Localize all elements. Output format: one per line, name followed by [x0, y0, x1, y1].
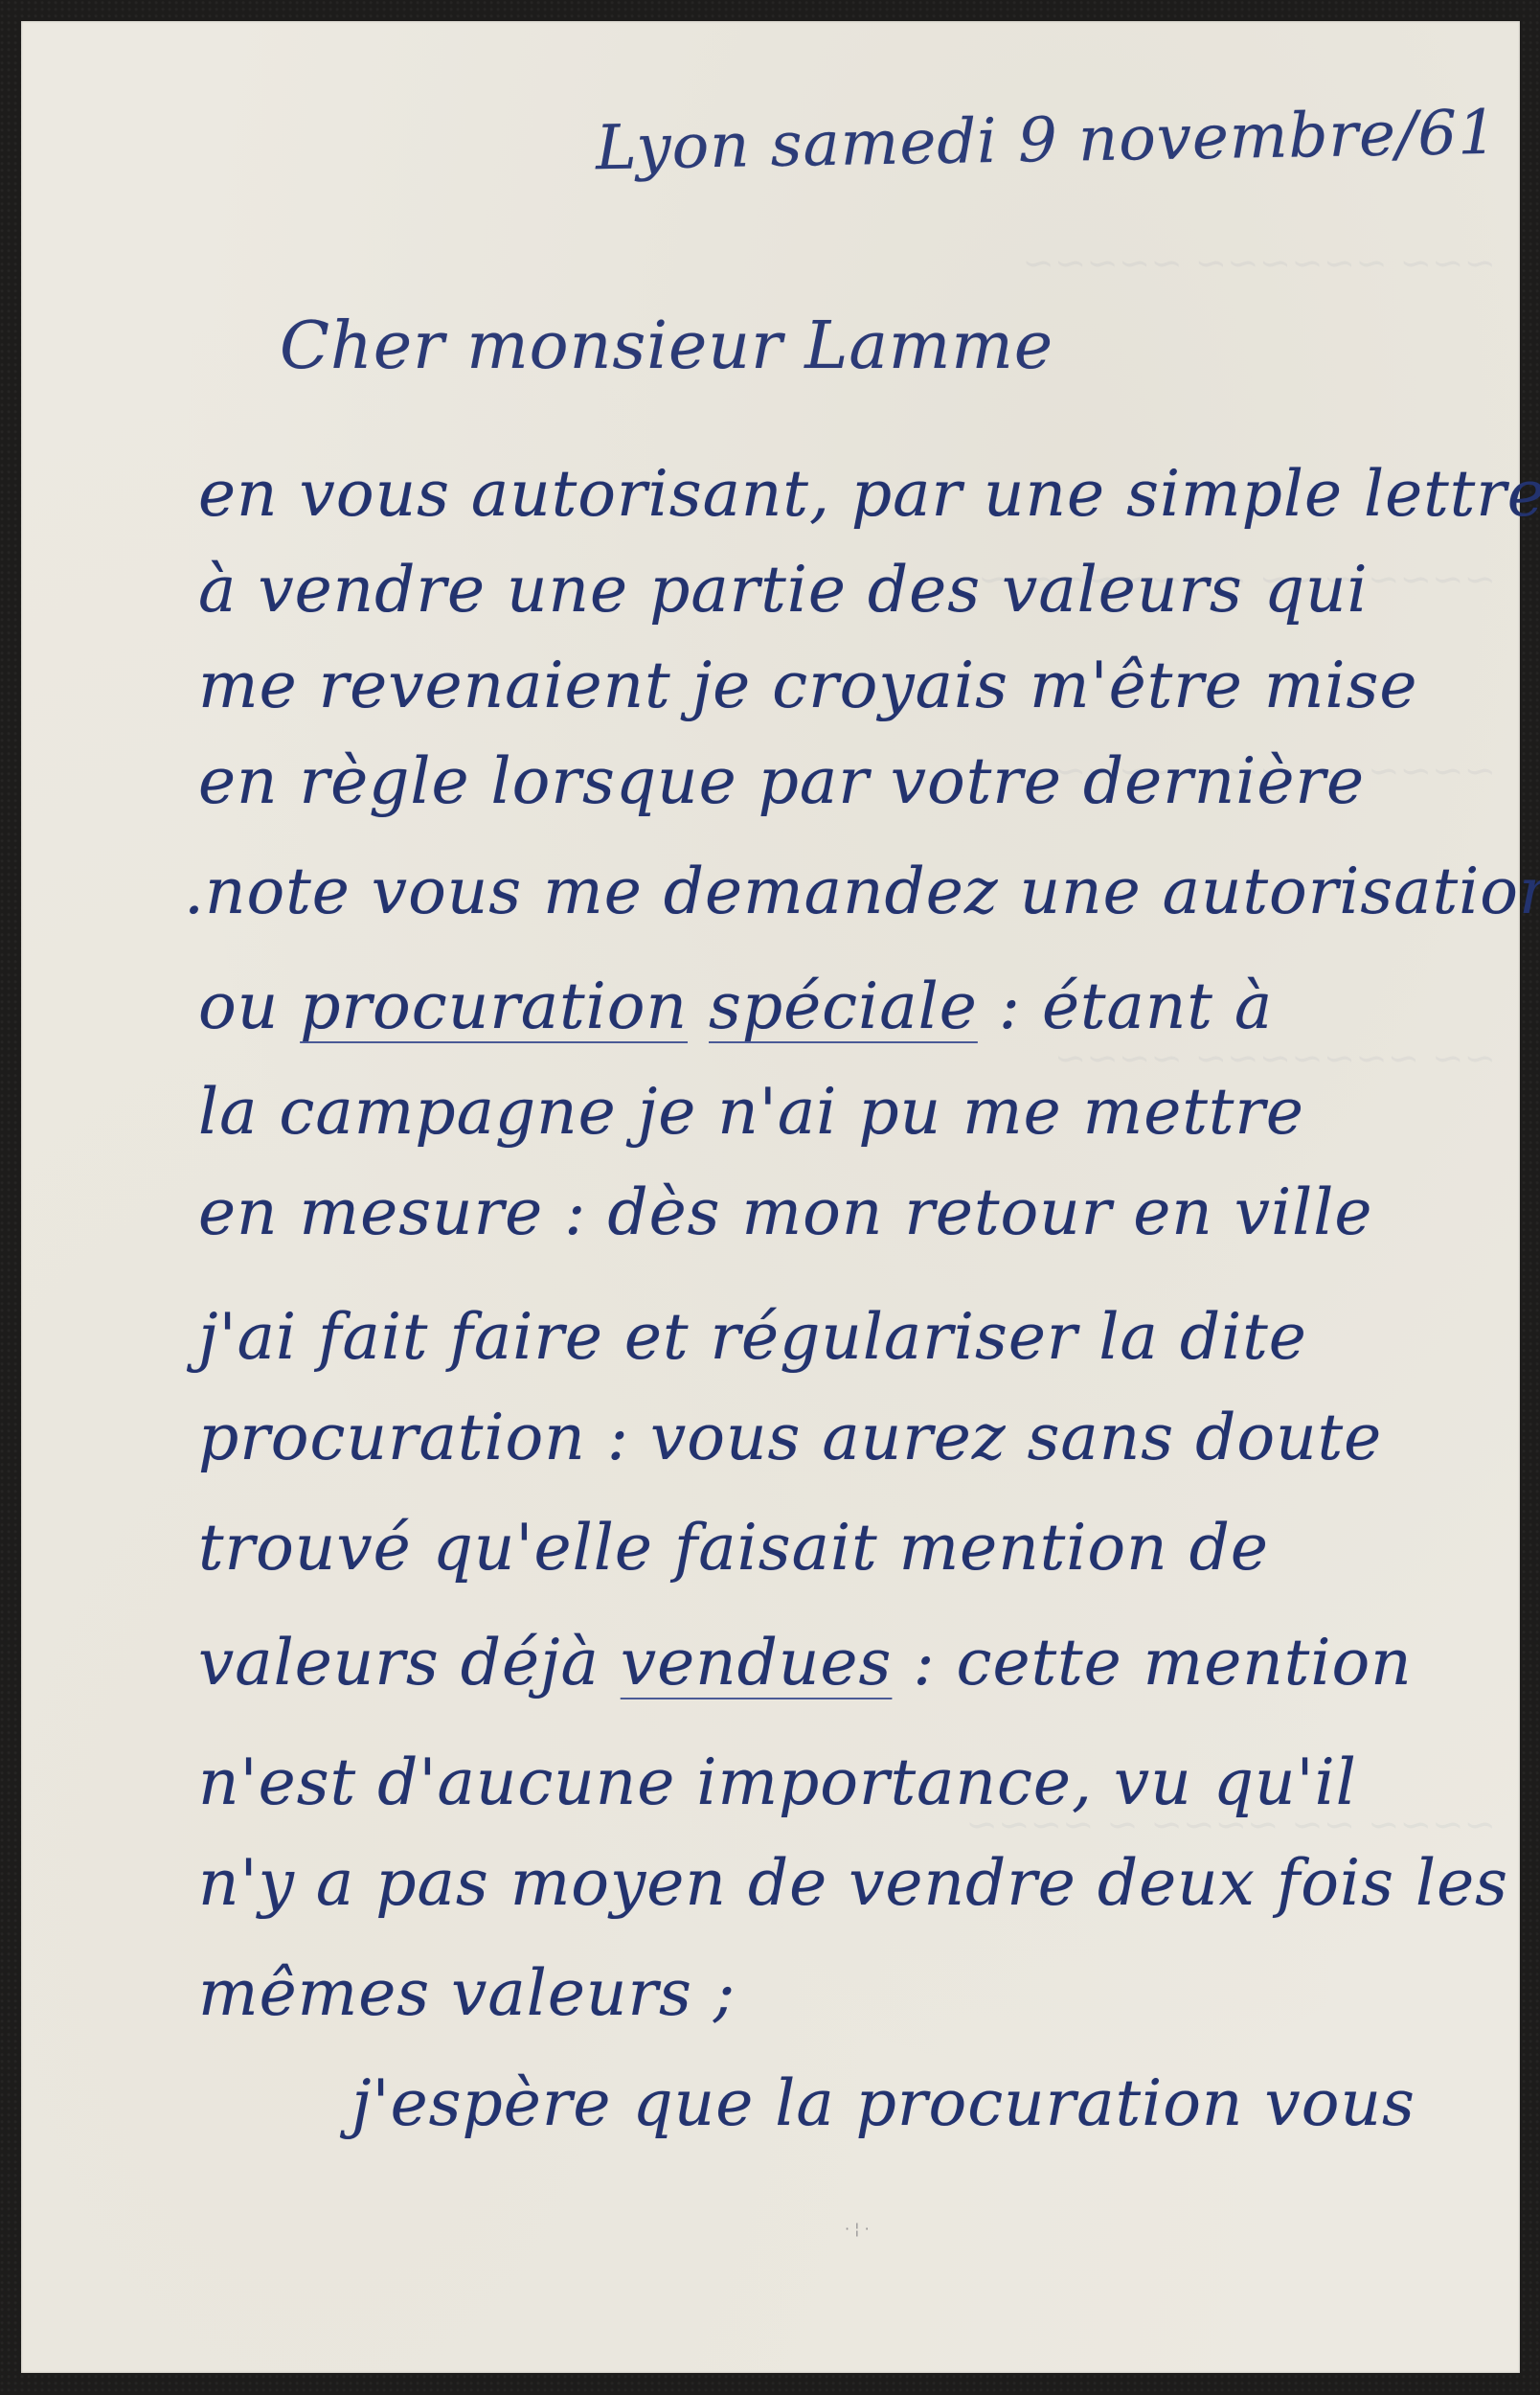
letter-line: j'ai fait faire et régulariser la dite [198, 1300, 1307, 1374]
letter-line-with-underline: valeurs déjà vendues : cette mention [198, 1626, 1413, 1699]
salutation: Cher monsieur Lamme [280, 308, 1053, 384]
letter-line: j'espère que la procuration vous [351, 2066, 1415, 2140]
underlined-word-vendues: vendues [621, 1626, 893, 1699]
bleed-through-text: ~~~ ~~~~~~ ~~~~~ [960, 241, 1496, 285]
underlined-word-procuration: procuration [300, 969, 688, 1043]
letter-line: me revenaient je croyais m'être mise [198, 649, 1417, 722]
letter-line: mêmes valeurs ; [198, 1956, 736, 2030]
letter-line: n'est d'aucune importance, vu qu'il [198, 1745, 1357, 1819]
letter-line-segment: : cette mention [892, 1626, 1412, 1699]
letter-line: procuration : vous aurez sans doute [198, 1401, 1382, 1474]
page-mark: · ¦ · [845, 2220, 870, 2238]
letter-line-segment: : étant à [978, 969, 1273, 1043]
letter-line-with-underline: ou procuration spéciale : étant à [198, 969, 1273, 1043]
underlined-word-speciale: spéciale [709, 969, 978, 1043]
letter-line: la campagne je n'ai pu me mettre [198, 1075, 1304, 1149]
dateline: Lyon samedi 9 novembre/61 [595, 98, 1498, 184]
letter-line-segment: ou [198, 969, 300, 1043]
letter-line: en mesure : dès mon retour en ville [198, 1175, 1372, 1249]
letter-page: ~~~ ~~~~~~ ~~~~~ ~~~~ ~~~ ~~~~~~~ ~ ~~~~… [21, 21, 1520, 2373]
letter-line: à vendre une partie des valeurs qui [198, 553, 1369, 627]
letter-line: en règle lorsque par votre dernière [198, 744, 1365, 818]
letter-line-segment [688, 969, 709, 1043]
letter-line: en vous autorisant, par une simple lettr… [198, 457, 1540, 531]
letter-line: trouvé qu'elle faisait mention de [198, 1511, 1269, 1585]
letter-line-segment: valeurs déjà [198, 1626, 621, 1699]
letter-line: n'y a pas moyen de vendre deux fois les [198, 1846, 1508, 1920]
letter-line: .note vous me demandez une autorisation [184, 855, 1540, 928]
